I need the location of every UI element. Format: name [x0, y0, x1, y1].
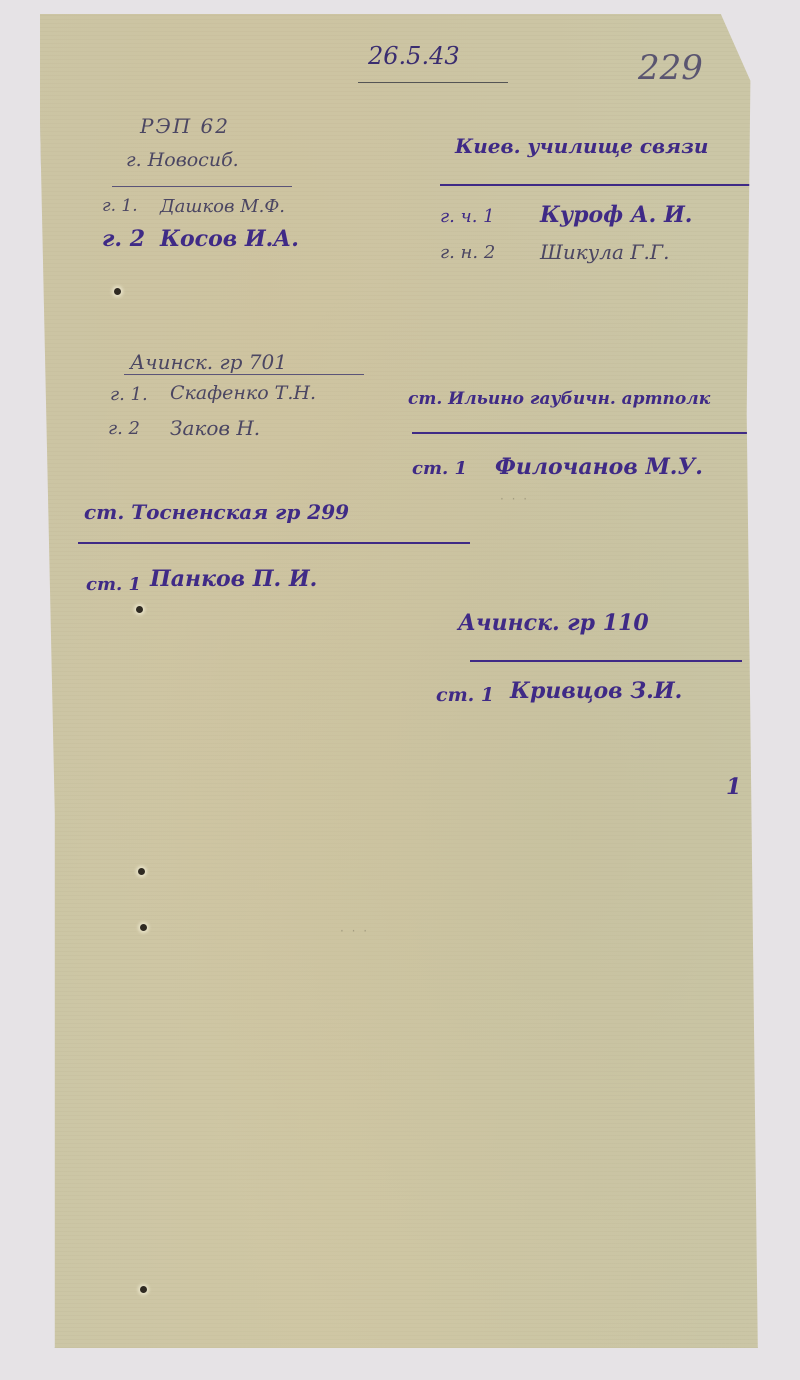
document-date: 26.5.43	[368, 42, 460, 70]
punch-hole	[114, 288, 121, 295]
entry-name: Скафенко Т.Н.	[170, 382, 316, 404]
entry-prefix: г. 2	[108, 418, 140, 439]
document-page: 26.5.43 229 РЭП 62 г. Новосиб. г. 1. Даш…	[40, 14, 780, 1348]
printed-map-text: · · ·	[500, 492, 529, 506]
punch-hole	[136, 606, 143, 613]
entry-name: Филочанов М.У.	[495, 454, 703, 480]
entry-prefix: г. 1.	[102, 196, 138, 216]
block-heading: Ачинск. гр 110	[458, 610, 649, 636]
block-underline	[78, 542, 470, 544]
punch-hole	[140, 924, 147, 931]
entry-prefix: г. ч. 1	[440, 206, 495, 227]
entry-prefix: г. 1.	[110, 384, 148, 405]
block-heading: Киев. училище связи	[455, 134, 708, 158]
printed-map-text: · · ·	[340, 924, 369, 938]
block-underline	[124, 374, 364, 375]
entry-name: Дашков М.Ф.	[160, 196, 285, 217]
margin-mark: 1	[726, 774, 741, 800]
punch-hole	[138, 868, 145, 875]
block-heading: ст. Тосненская гр 299	[84, 500, 349, 524]
block-underline	[112, 186, 292, 187]
sheet-number: 229	[638, 48, 703, 88]
block-subheading: г. Новосиб.	[126, 149, 239, 171]
entry-prefix: г. 2	[102, 226, 145, 252]
block-underline	[440, 184, 770, 186]
date-underline	[358, 82, 508, 83]
entry-prefix: ст. 1	[412, 458, 467, 479]
block-heading: ст. Ильино гаубичн. артполк	[408, 389, 710, 409]
block-heading: РЭП 62	[140, 114, 230, 138]
block-underline	[470, 660, 742, 662]
entry-name: Куроф А. И.	[540, 202, 692, 228]
entry-name: Шикула Г.Г.	[540, 240, 669, 264]
entry-prefix: ст. 1	[86, 574, 141, 595]
entry-name: Заков Н.	[170, 416, 260, 440]
punch-hole	[140, 1286, 147, 1293]
entry-prefix: ст. 1	[436, 684, 494, 706]
entry-name: Панков П. И.	[150, 566, 317, 592]
entry-name: Кривцов З.И.	[510, 678, 682, 704]
block-underline	[412, 432, 758, 434]
entry-prefix: г. н. 2	[440, 242, 495, 263]
entry-name: Косов И.А.	[160, 226, 299, 252]
block-heading: Ачинск. гр 701	[130, 350, 287, 374]
